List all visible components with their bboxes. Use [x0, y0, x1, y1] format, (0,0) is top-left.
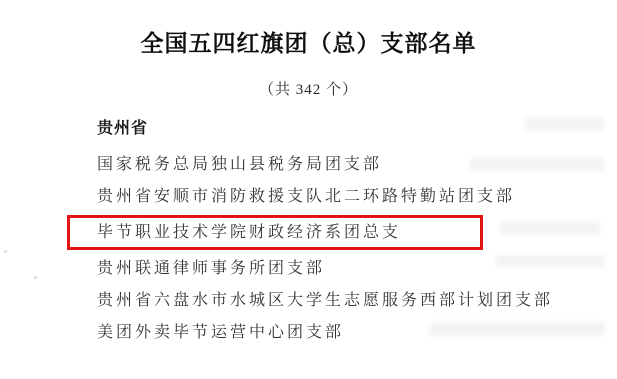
highlight-box: 毕节职业技术学院财政经济系团总支	[67, 215, 483, 250]
document-subtitle: （共 342 个）	[0, 78, 617, 99]
list-item: 贵州省六盘水市水城区大学生志愿服务西部计划团支部	[97, 285, 553, 317]
scan-artifact	[500, 222, 600, 234]
province-section: 贵州省 国家税务总局独山县税务局团支部 贵州省安顺市消防救援支队北二环路特勤站团…	[97, 120, 553, 349]
list-item-highlighted: 毕节职业技术学院财政经济系团总支	[97, 223, 480, 242]
list-item: 贵州联通律师事务所团支部	[97, 253, 553, 285]
document-page: 全国五四红旗团（总）支部名单 （共 342 个） 贵州省 国家税务总局独山县税务…	[0, 0, 617, 379]
scan-artifact	[495, 255, 605, 267]
document-title: 全国五四红旗团（总）支部名单	[0, 25, 617, 58]
scan-speck	[34, 276, 37, 279]
list-item: 贵州省安顺市消防救援支队北二环路特勤站团支部	[97, 181, 553, 213]
province-header: 贵州省	[97, 120, 553, 137]
scan-artifact	[470, 158, 605, 171]
scan-speck	[4, 250, 7, 253]
scan-artifact	[525, 118, 605, 130]
scan-artifact	[430, 322, 605, 336]
